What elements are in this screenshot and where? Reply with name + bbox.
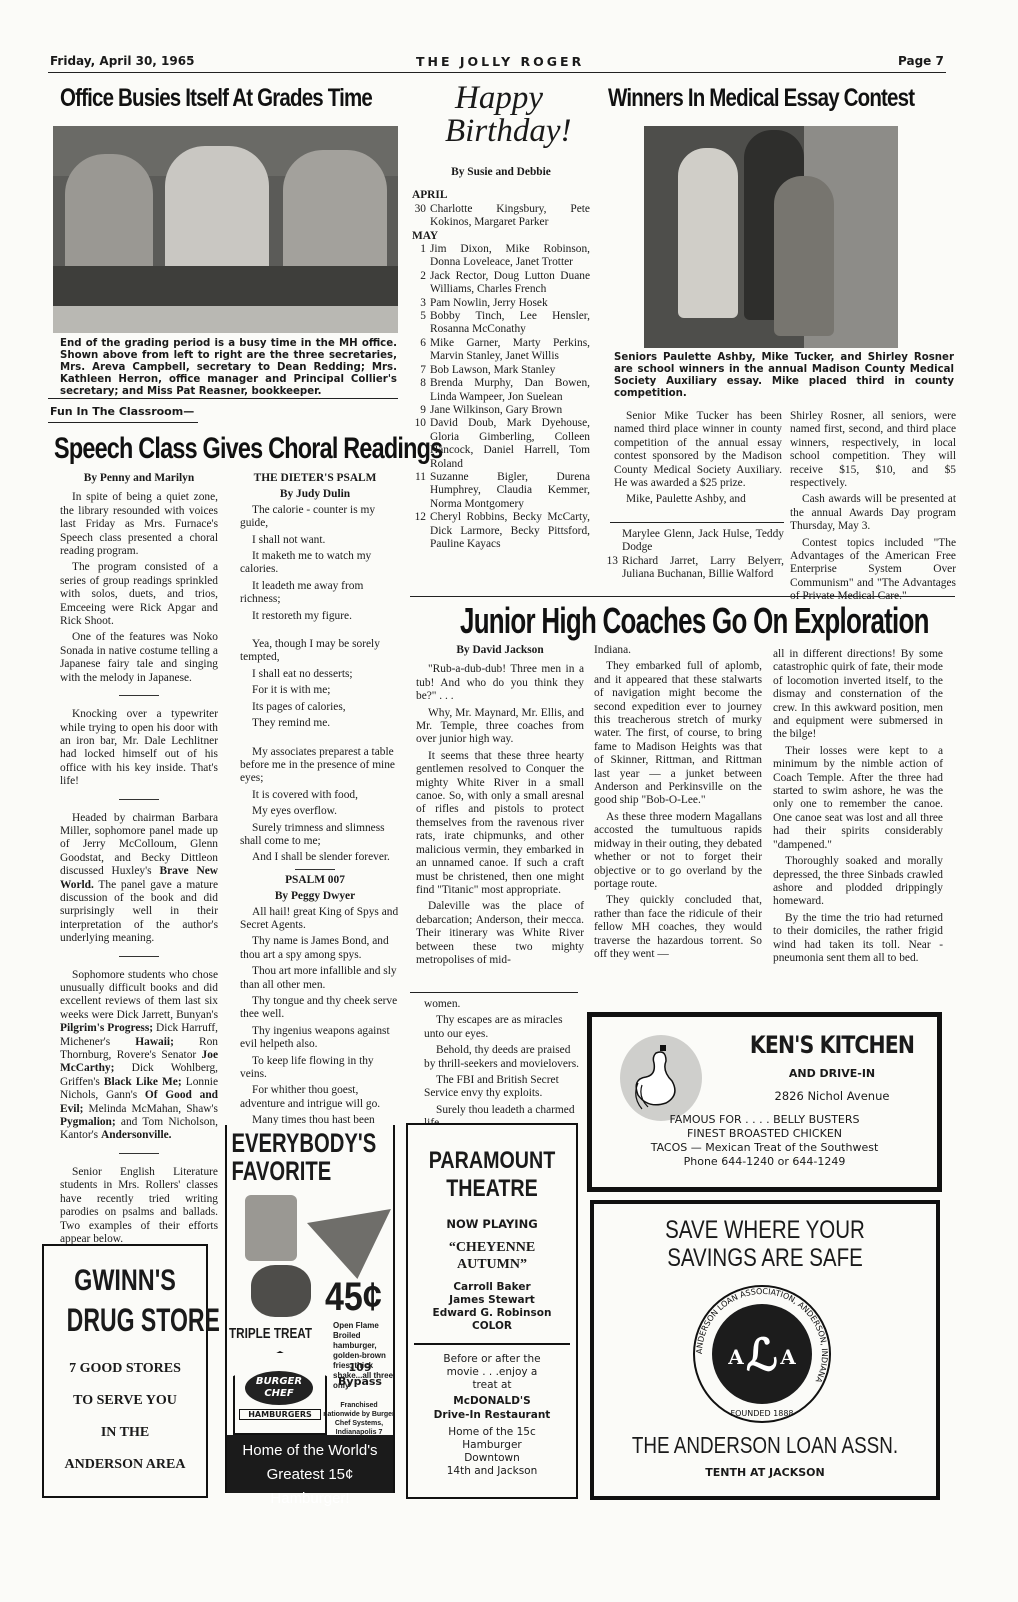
kens-sub: AND DRIVE-IN	[732, 1067, 932, 1080]
mcd-intro: Before or after the movie . . .enjoy a t…	[408, 1353, 576, 1392]
verse-line: I shall eat no desserts;	[230, 668, 400, 681]
list-item: 8Brenda Murphy, Dan Bowen, Linda Wampeer…	[412, 377, 590, 404]
verse-line: Thou art more infallible and sly than al…	[230, 965, 400, 992]
shake-cup-icon	[245, 1195, 297, 1261]
burger-chef-logo: BURGERCHEF HAMBURGERS	[233, 1351, 327, 1435]
svg-text:ℒ: ℒ	[746, 1330, 778, 1381]
header-rule	[48, 72, 946, 73]
kens-details: FAMOUS FOR . . . . BELLY BUSTERS FINEST …	[592, 1113, 937, 1169]
kens-address: 2826 Nichol Avenue	[732, 1089, 932, 1103]
list-item: 5Bobby Tinch, Lee Hensler, Rosanna McCon…	[412, 310, 590, 337]
paragraph: Shirley Rosner, all seniors, were named …	[790, 410, 956, 490]
coaches-headline: Junior High Coaches Go On Exploration	[460, 600, 929, 642]
paragraph: By the time the trio had returned to the…	[773, 912, 943, 966]
paper-name: THE JOLLY ROGER	[416, 54, 584, 69]
psalm007-author: By Peggy Dwyer	[230, 890, 400, 903]
verse-line: My associates preparest a table before m…	[230, 746, 400, 786]
paragraph: Their losses were kept to a minimum by t…	[773, 745, 943, 852]
person-figure	[283, 150, 387, 274]
verse-line: I shall not want.	[230, 534, 400, 547]
page-number: Page 7	[898, 54, 944, 68]
psalm-column: THE DIETER'S PSALM By Judy Dulin The cal…	[230, 472, 400, 1220]
coaches-column-3: all in different directions! By some cat…	[773, 648, 943, 968]
verse-line: To keep life flowing in thy veins.	[230, 1055, 400, 1082]
ad-divider	[414, 1343, 570, 1345]
psalm007-continued: women. Thy escapes are as miracles unto …	[414, 998, 582, 1134]
loan-name: THE ANDERSON LOAN ASSN.	[625, 1432, 905, 1459]
verse-line: women.	[414, 998, 582, 1011]
loan-address: TENTH AT JACKSON	[594, 1466, 936, 1479]
paramount-name: PARAMOUNT THEATRE	[423, 1147, 561, 1203]
svg-text:A: A	[779, 1345, 796, 1369]
month-label: MAY	[412, 230, 590, 243]
office-photo	[53, 126, 398, 333]
list-item: 7Bob Lawson, Mark Stanley	[412, 364, 590, 377]
verse-line: Thy escapes are as miracles unto our eye…	[414, 1014, 582, 1041]
mcd-details: Home of the 15c Hamburger Downtown 14th …	[408, 1426, 576, 1478]
svg-text:FOUNDED 1888: FOUNDED 1888	[730, 1409, 793, 1418]
combo-label: TRIPLE TREAT	[229, 1325, 312, 1342]
paragraph: "Rub-a-dub-dub! Three men in a tub! And …	[416, 663, 584, 703]
coaches-column-2: Indiana. They embarked full of aplomb, a…	[594, 644, 762, 964]
verse-line: Behold, thy deeds are praised by thrill-…	[414, 1044, 582, 1071]
list-item: 12Cheryl Robbins, Becky McCarty, Dick La…	[412, 511, 590, 551]
paragraph: Contest topics included "The Advantages …	[790, 537, 956, 604]
list-item: 11Suzanne Bigler, Durena Humphrey, Claud…	[412, 471, 590, 511]
hamburger-icon	[251, 1265, 311, 1317]
birthday-byline: By Susie and Debbie	[412, 166, 590, 179]
fries-icon	[307, 1209, 391, 1279]
paragraph: Cash awards will be presented at the ann…	[790, 493, 956, 533]
coaches-byline: By David Jackson	[416, 644, 584, 657]
kens-kitchen-ad: KEN'S KITCHEN AND DRIVE-IN 2826 Nichol A…	[587, 1012, 942, 1192]
paragraph: Thoroughly soaked and morally depressed,…	[773, 855, 943, 909]
paragraph: Sophomore students who chose unusually d…	[60, 969, 218, 1143]
anderson-loan-ad: SAVE WHERE YOUR SAVINGS ARE SAFE ℒ A A A…	[590, 1200, 940, 1500]
verse-line: The FBI and British Secret Service envy …	[414, 1074, 582, 1101]
coaches-column-1: By David Jackson "Rub-a-dub-dub! Three m…	[416, 644, 584, 970]
list-item: 30Charlotte Kingsbury, Pete Kokinos, Mar…	[412, 203, 590, 230]
verse-line: Its pages of calories,	[230, 701, 400, 714]
paragraph: Senior Mike Tucker has been named third …	[614, 410, 782, 490]
verse-line: For whither thou goest, adventure and in…	[230, 1084, 400, 1111]
section-rule	[48, 398, 398, 399]
speech-column: By Penny and Marilyn In spite of being a…	[60, 472, 218, 1249]
price: 45¢	[325, 1275, 382, 1320]
item-separator	[119, 956, 159, 957]
medical-column-2: Shirley Rosner, all seniors, were named …	[790, 410, 956, 607]
burger-chef-ad: EVERYBODY'S FAVORITE 45¢ TRIPLE TREAT Op…	[225, 1125, 395, 1493]
birthday-list-continued: Marylee Glenn, Jack Hulse, Teddy Dodge 1…	[604, 528, 784, 582]
list-item: 10David Doub, Mark Dyehouse, Gloria Gimb…	[412, 417, 590, 471]
gwinns-lines: 7 GOOD STORES TO SERVE YOU IN THE ANDERS…	[44, 1353, 206, 1481]
list-item: 9Jane Wilkinson, Gary Brown	[412, 404, 590, 417]
section-rule	[610, 522, 784, 523]
month-label: APRIL	[412, 189, 590, 202]
burger-chef-headline: EVERYBODY'S FAVORITE	[227, 1129, 352, 1185]
verse-line: Yea, though I may be sorely tempted,	[230, 638, 400, 665]
paragraph: Daleville was the place of debarcation; …	[416, 900, 584, 967]
speech-byline: By Penny and Marilyn	[60, 472, 218, 485]
item-separator	[119, 1153, 159, 1154]
verse-line: It restoreth my figure.	[230, 610, 400, 623]
list-item: 13Richard Jarret, Larry Belyerr, Juliana…	[604, 555, 784, 582]
desk	[53, 266, 398, 306]
paragraph: The program consisted of a series of gro…	[60, 561, 218, 628]
mcd-name: McDONALD'S Drive-In Restaurant	[408, 1394, 576, 1422]
paragraph: They quickly concluded that, rather than…	[594, 894, 762, 961]
paragraph: In spite of being a quiet zone, the libr…	[60, 491, 218, 558]
speech-kicker: Fun In The Classroom—	[50, 405, 194, 418]
dieters-psalm-author: By Judy Dulin	[230, 488, 400, 501]
verse-line: All hail! great King of Spys and Secret …	[230, 906, 400, 933]
dieters-psalm-title: THE DIETER'S PSALM	[230, 472, 400, 485]
psalm007-title: PSALM 007	[230, 874, 400, 887]
verse-line: It is covered with food,	[230, 789, 400, 802]
paragraph: Indiana.	[594, 644, 762, 657]
kicker-rule	[48, 422, 198, 423]
gwinns-name-2: DRUG STORE	[67, 1302, 184, 1339]
medical-headline: Winners In Medical Essay Contest	[608, 84, 914, 113]
verse-line: And I shall be slender forever.	[230, 851, 400, 864]
paragraph: Mike, Paulette Ashby, and	[614, 493, 782, 506]
person-figure	[165, 146, 269, 274]
paragraph: It seems that these three hearty gentlem…	[416, 750, 584, 897]
paragraph: As these three modern Magallans accosted…	[594, 811, 762, 891]
person-figure	[65, 154, 153, 274]
paragraph: Knocking over a typewriter while trying …	[60, 708, 218, 788]
verse-line: For it is with me;	[230, 684, 400, 697]
verse-line: Thy tongue and thy cheek serve thee well…	[230, 995, 400, 1022]
paragraph: They embarked full of aplomb, and it app…	[594, 660, 762, 807]
issue-date: Friday, April 30, 1965	[50, 54, 194, 68]
paragraph: Why, Mr. Maynard, Mr. Ellis, and Mr. Tem…	[416, 707, 584, 747]
verse-line: Surely trimness and slimness shall come …	[230, 822, 400, 849]
gwinns-name: GWINN'S	[62, 1264, 188, 1298]
burger-chef-banner: Home of the World's Greatest 15¢ Hamburg…	[227, 1435, 393, 1493]
birthday-headline: Happy Birthday!	[445, 82, 571, 148]
paragraph: One of the features was Noko Sonada in n…	[60, 631, 218, 685]
person-figure	[774, 176, 834, 336]
loan-headline: SAVE WHERE YOUR SAVINGS ARE SAFE	[625, 1216, 905, 1272]
list-item: 2Jack Rector, Doug Lutton Duane Williams…	[412, 270, 590, 297]
franchise-note: Franchised nationwide by Burger Chef Sys…	[323, 1401, 395, 1437]
verse-line: My eyes overflow.	[230, 805, 400, 818]
item-separator	[295, 869, 335, 870]
paramount-ad: PARAMOUNT THEATRE NOW PLAYING “CHEYENNE …	[406, 1123, 578, 1499]
now-playing: NOW PLAYING	[408, 1217, 576, 1231]
list-item: 6Mike Garner, Marty Perkins, Marvin Stan…	[412, 337, 590, 364]
speech-headline: Speech Class Gives Choral Readings	[54, 432, 442, 466]
svg-text:A: A	[727, 1345, 744, 1369]
rooster-icon	[620, 1035, 702, 1121]
movie-title: “CHEYENNE AUTUMN”	[408, 1239, 576, 1273]
section-rule	[410, 596, 955, 597]
list-item: 3Pam Nowlin, Jerry Hosek	[412, 297, 590, 310]
movie-cast: Carroll Baker James Stewart Edward G. Ro…	[408, 1281, 576, 1333]
list-item: 1Jim Dixon, Mike Robinson, Donna Lovelea…	[412, 243, 590, 270]
verse-line: Thy name is James Bond, and thou art a s…	[230, 935, 400, 962]
verse-line: Thy ingenius weapons against evil helpet…	[230, 1025, 400, 1052]
medical-column-1: Senior Mike Tucker has been named third …	[614, 410, 782, 510]
medical-photo	[644, 126, 898, 348]
birthday-list: By Susie and Debbie APRIL 30Charlotte Ki…	[412, 166, 590, 551]
item-separator	[119, 695, 159, 696]
item-separator	[119, 799, 159, 800]
verse-line: They remind me.	[230, 717, 400, 730]
verse-line: It leadeth me away from richness;	[230, 580, 400, 607]
verse-line: It maketh me to watch my calories.	[230, 550, 400, 577]
office-headline: Office Busies Itself At Grades Time	[60, 84, 372, 113]
paragraph: Headed by chairman Barbara Miller, sopho…	[60, 812, 218, 946]
paragraph: Senior English Literature students in Mr…	[60, 1166, 218, 1246]
gwinns-ad: GWINN'S DRUG STORE 7 GOOD STORES TO SERV…	[42, 1244, 208, 1498]
person-figure	[678, 148, 738, 318]
kens-name: KEN'S KITCHEN	[747, 1031, 917, 1059]
paragraph: all in different directions! By some cat…	[773, 648, 943, 742]
office-caption: End of the grading period is a busy time…	[60, 338, 397, 398]
verse-line: The calorie - counter is my guide,	[230, 504, 400, 531]
list-item: Marylee Glenn, Jack Hulse, Teddy Dodge	[604, 528, 784, 555]
loan-seal-icon: ℒ A A ANDERSON LOAN ASSOCIATION, ANDERSO…	[692, 1284, 832, 1424]
section-rule	[410, 992, 578, 993]
burger-chef-location: 109 Bypass	[327, 1361, 393, 1389]
medical-caption: Seniors Paulette Ashby, Mike Tucker, and…	[614, 352, 954, 400]
